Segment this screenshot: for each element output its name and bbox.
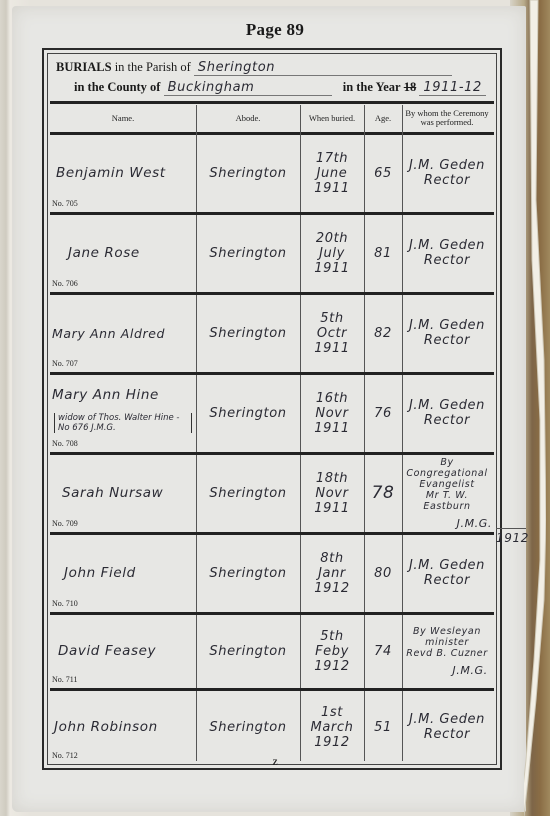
- entry-date: 1stMarch1912: [300, 691, 364, 763]
- table-row: John Field No. 710 Sherington 8thJanr191…: [50, 535, 494, 611]
- parish-value: Sherington: [194, 60, 452, 76]
- table-row: Mary Ann Aldred No. 707 Sherington 5thOc…: [50, 295, 494, 371]
- entry-abode: Sherington: [196, 455, 300, 531]
- burial-day: 17th: [316, 151, 348, 166]
- entry-abode: Sherington: [196, 135, 300, 211]
- year-label: Year: [376, 80, 401, 94]
- table-row: John Robinson No. 712 Sherington 1stMarc…: [50, 691, 494, 763]
- col-header-officiant: By whom the Ceremony was performed.: [402, 105, 492, 131]
- entry-age: 81: [364, 215, 402, 291]
- burial-month: Novr: [315, 486, 348, 501]
- entry-number: No. 711: [52, 675, 77, 684]
- officiant-initials: J.M.G.: [452, 665, 487, 676]
- table-row: Jane Rose No. 706 Sherington 20thJuly191…: [50, 215, 494, 291]
- county-value: Buckingham: [164, 80, 332, 96]
- officiant-initials: J.M.G.: [457, 518, 492, 529]
- entry-number: No. 706: [52, 279, 78, 288]
- entry-age: 65: [364, 135, 402, 211]
- parish-label: in the Parish of: [112, 60, 191, 74]
- officiant-line: By Wesleyan: [413, 626, 481, 637]
- entry-officiant: By WesleyanministerRevd B. CuznerJ.M.G.: [402, 615, 492, 687]
- officiant-line: J.M. Geden: [409, 398, 485, 413]
- burial-day: 5th: [320, 311, 343, 326]
- entry-date: 18thNovr1911: [300, 455, 364, 531]
- county-line: in the County of Buckingham in the Year …: [74, 80, 486, 96]
- entry-officiant: J.M. GedenRector: [402, 691, 492, 763]
- margin-year-note: 1912: [496, 528, 526, 545]
- col-header-when-buried: When buried.: [300, 105, 364, 131]
- officiant-line: J.M. Geden: [409, 238, 485, 253]
- burial-day: 20th: [316, 231, 348, 246]
- entry-name: John Field: [64, 535, 196, 611]
- burial-day: 18th: [316, 471, 348, 486]
- burial-month: Octr: [317, 326, 347, 341]
- officiant-line: Revd B. Cuzner: [406, 648, 488, 659]
- header-rule: [50, 101, 494, 104]
- burial-year: 1911: [314, 261, 349, 276]
- burial-month: Feby: [315, 644, 349, 659]
- register-header: BURIALS in the Parish of Sherington in t…: [50, 56, 494, 100]
- year-printed-struck: 18: [404, 80, 417, 94]
- entry-date: 5thFeby1912: [300, 615, 364, 687]
- entry-officiant: J.M. GedenRector: [402, 375, 492, 451]
- entry-date: 20thJuly1911: [300, 215, 364, 291]
- burial-year: 1911: [314, 501, 349, 516]
- officiant-line: J.M. Geden: [409, 712, 485, 727]
- entry-officiant: J.M. GedenRector: [402, 295, 492, 371]
- officiant-line: J.M. Geden: [409, 558, 485, 573]
- entry-officiant: J.M. GedenRector: [402, 135, 492, 211]
- officiant-line: J.M. Geden: [409, 158, 485, 173]
- bookmark-ribbon-icon: [524, 0, 546, 816]
- burial-day: 8th: [320, 551, 343, 566]
- entry-date: 17thJune1911: [300, 135, 364, 211]
- col-header-age: Age.: [364, 105, 402, 131]
- entry-abode: Sherington: [196, 535, 300, 611]
- officiant-line: Mr T. W. Eastburn: [402, 490, 492, 512]
- officiant-line: minister: [425, 637, 469, 648]
- officiant-line: Rector: [424, 573, 470, 588]
- entry-abode: Sherington: [196, 215, 300, 291]
- burial-year: 1912: [314, 735, 349, 750]
- entry-abode: Sherington: [196, 615, 300, 687]
- year-label-pre: in the: [343, 80, 376, 94]
- entry-name: David Feasey: [58, 615, 196, 687]
- burial-day: 1st: [321, 705, 343, 720]
- county-label: in the County of: [74, 80, 160, 94]
- col-header-abode: Abode.: [196, 105, 300, 131]
- entry-abode: Sherington: [196, 691, 300, 763]
- officiant-line: Rector: [424, 253, 470, 268]
- table-row: Sarah Nursaw No. 709 Sherington 18thNovr…: [50, 455, 494, 531]
- register-table: BURIALS in the Parish of Sherington in t…: [42, 48, 502, 770]
- entry-age: 51: [364, 691, 402, 763]
- burial-month: March: [311, 720, 354, 735]
- table-row: David Feasey No. 711 Sherington 5thFeby1…: [50, 615, 494, 687]
- entry-number: No. 705: [52, 199, 78, 208]
- entry-name: Sarah Nursaw: [62, 455, 196, 531]
- table-row: Mary Ann Hine widow of Thos. Walter Hine…: [50, 375, 494, 451]
- burial-year: 1912: [314, 659, 349, 674]
- burial-year: 1911: [314, 341, 349, 356]
- entry-name: Jane Rose: [68, 215, 196, 291]
- table-row: Benjamin West No. 705 Sherington 17thJun…: [50, 135, 494, 211]
- entry-age: 80: [364, 535, 402, 611]
- year-value: 1911-12: [419, 80, 486, 96]
- entry-number: No. 710: [52, 599, 78, 608]
- burial-month: July: [319, 246, 345, 261]
- burial-day: 5th: [320, 629, 343, 644]
- burials-label: BURIALS: [56, 60, 112, 74]
- entry-date: 5thOctr1911: [300, 295, 364, 371]
- burial-month: Janr: [318, 566, 346, 581]
- printer-signature-mark: Z: [0, 758, 550, 767]
- page-number: Page 89: [0, 20, 550, 40]
- burial-day: 16th: [316, 391, 348, 406]
- officiant-line: Evangelist: [419, 479, 474, 490]
- entry-date: 16thNovr1911: [300, 375, 364, 451]
- entry-officiant: J.M. GedenRector: [402, 215, 492, 291]
- entry-officiant: By CongregationalEvangelistMr T. W. East…: [402, 455, 492, 531]
- officiant-line: Rector: [424, 173, 470, 188]
- parish-line: BURIALS in the Parish of Sherington: [56, 60, 452, 76]
- entry-abode: Sherington: [196, 375, 300, 451]
- entry-age: 78: [364, 455, 402, 531]
- column-headers: Name. Abode. When buried. Age. By whom t…: [50, 105, 494, 131]
- col-header-name: Name.: [50, 105, 196, 131]
- burial-year: 1911: [314, 181, 349, 196]
- officiant-line: Rector: [424, 727, 470, 742]
- entry-date: 8thJanr1912: [300, 535, 364, 611]
- entry-officiant: J.M. GedenRector: [402, 535, 492, 611]
- entry-number: No. 708: [52, 439, 78, 448]
- burial-year: 1912: [314, 581, 349, 596]
- entry-age: 74: [364, 615, 402, 687]
- officiant-line: By Congregational: [402, 457, 492, 479]
- entry-number: No. 709: [52, 519, 78, 528]
- entry-marginal-note: widow of Thos. Walter Hine - No 676 J.M.…: [54, 413, 192, 433]
- burial-month: Novr: [315, 406, 348, 421]
- officiant-line: Rector: [424, 333, 470, 348]
- entry-abode: Sherington: [196, 295, 300, 371]
- officiant-line: Rector: [424, 413, 470, 428]
- burial-year: 1911: [314, 421, 349, 436]
- burial-month: June: [317, 166, 348, 181]
- entry-age: 76: [364, 375, 402, 451]
- officiant-line: J.M. Geden: [409, 318, 485, 333]
- entry-age: 82: [364, 295, 402, 371]
- entry-number: No. 707: [52, 359, 78, 368]
